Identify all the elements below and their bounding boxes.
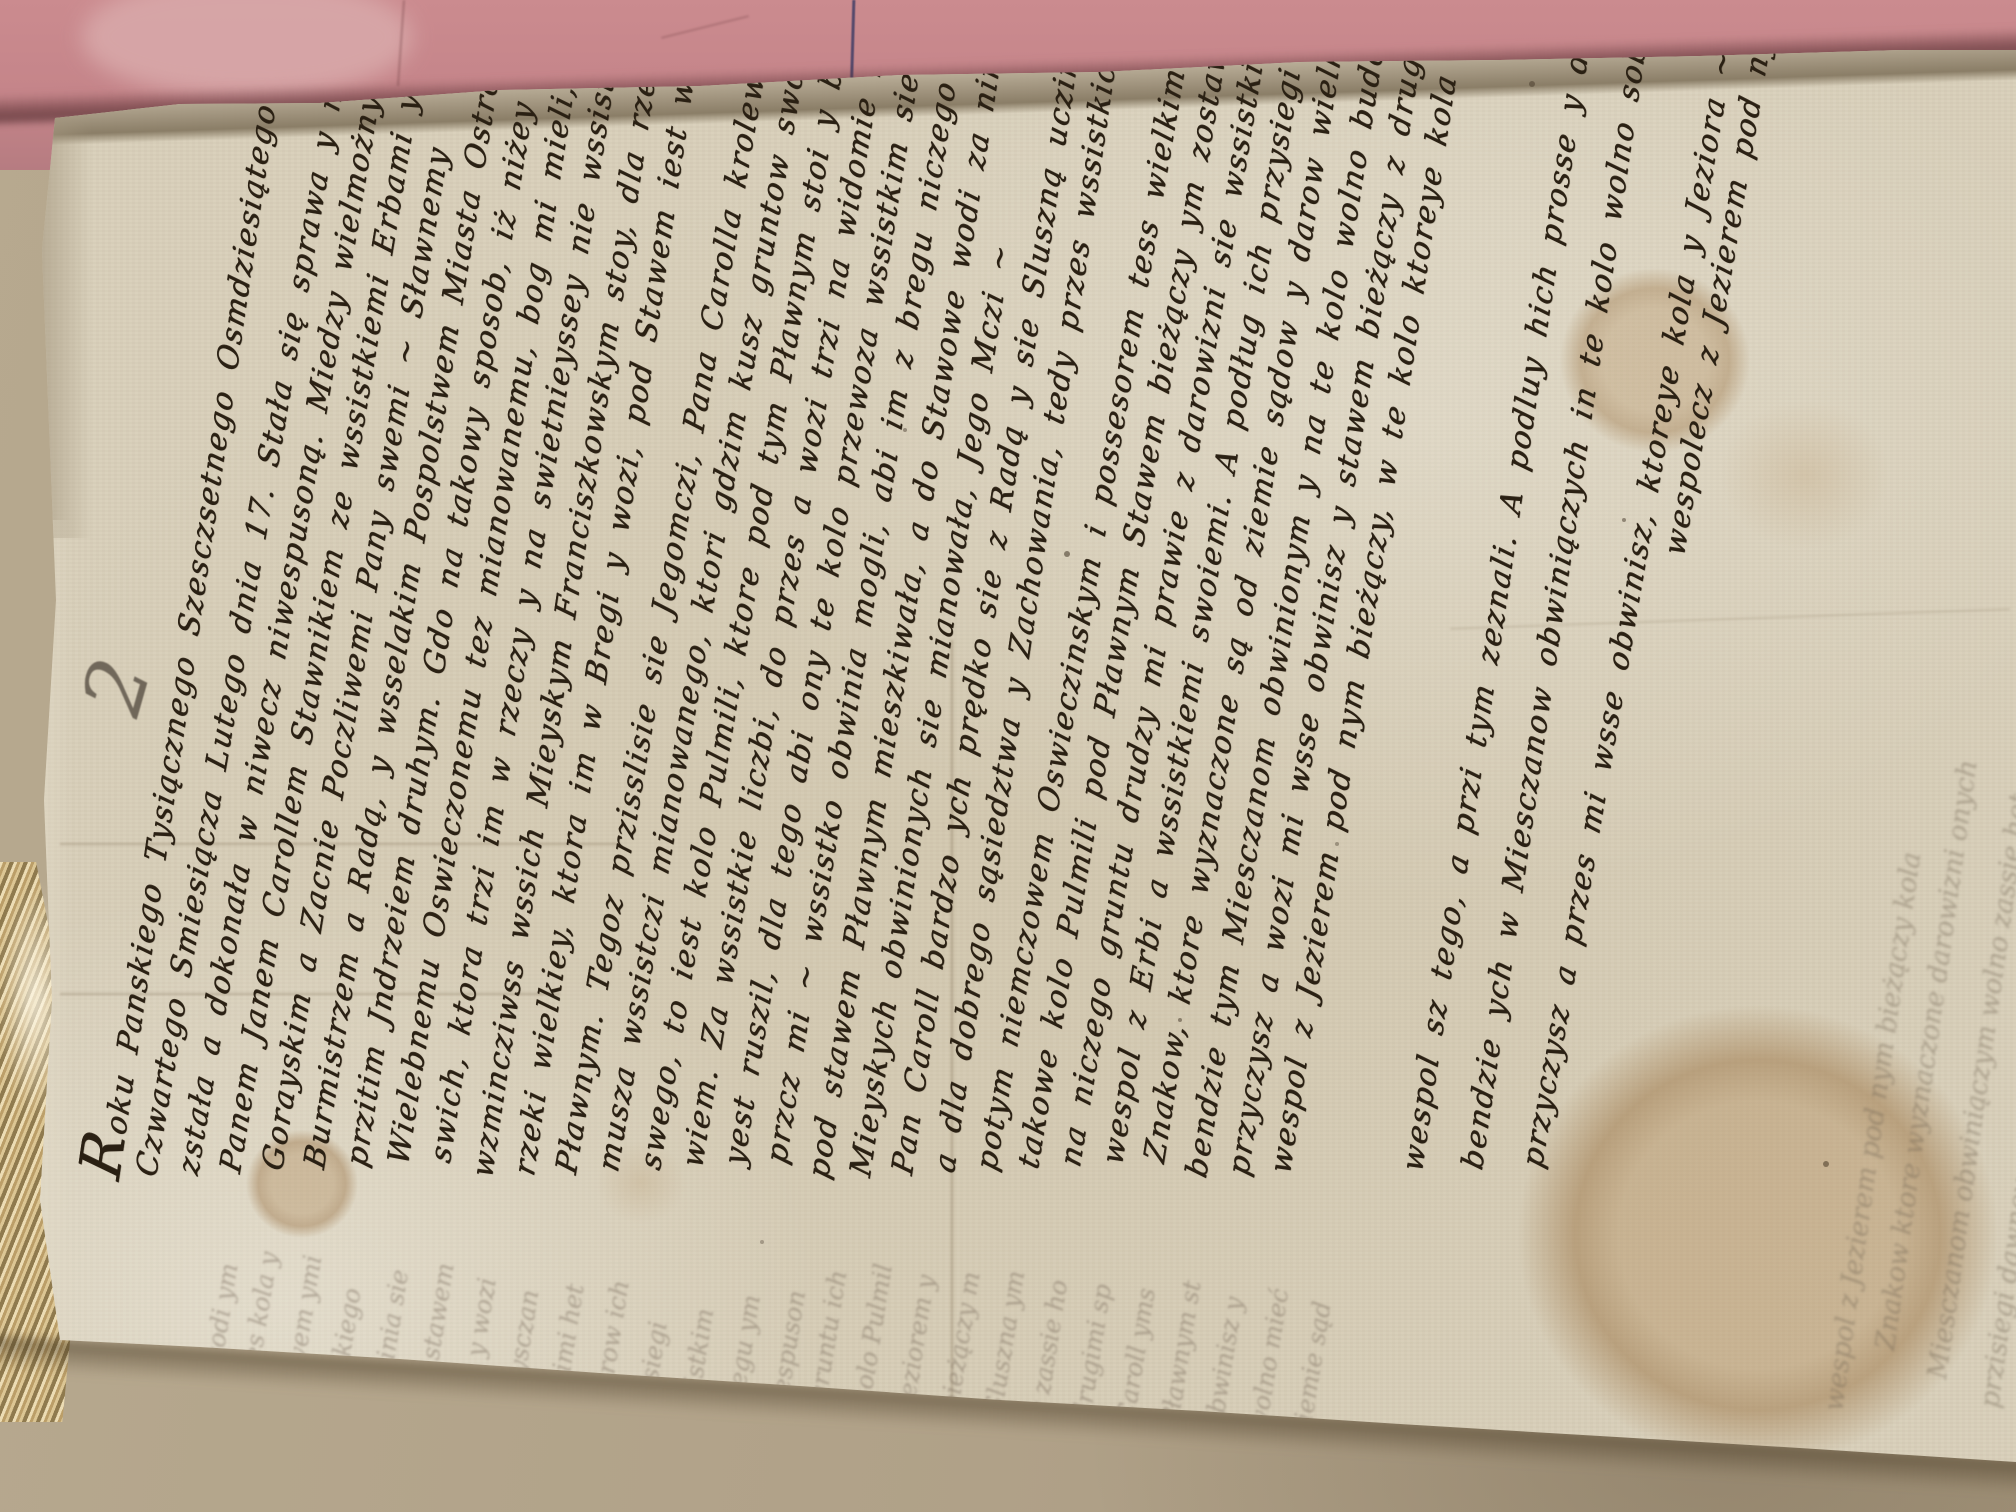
bleed-through-text-bottom: wespol z Jezierem pod nym bieżączy kolaZ… — [1808, 511, 2016, 1411]
manuscript-page: 2 Roku Panskiego Tysiącznego Szesczsetne… — [0, 0, 2016, 1512]
handwritten-text-rotated: 2 Roku Panskiego Tysiącznego Szesczsetne… — [30, 60, 2016, 1455]
photo-of-manuscript: 2 Roku Panskiego Tysiącznego Szesczsetne… — [0, 0, 2016, 1512]
